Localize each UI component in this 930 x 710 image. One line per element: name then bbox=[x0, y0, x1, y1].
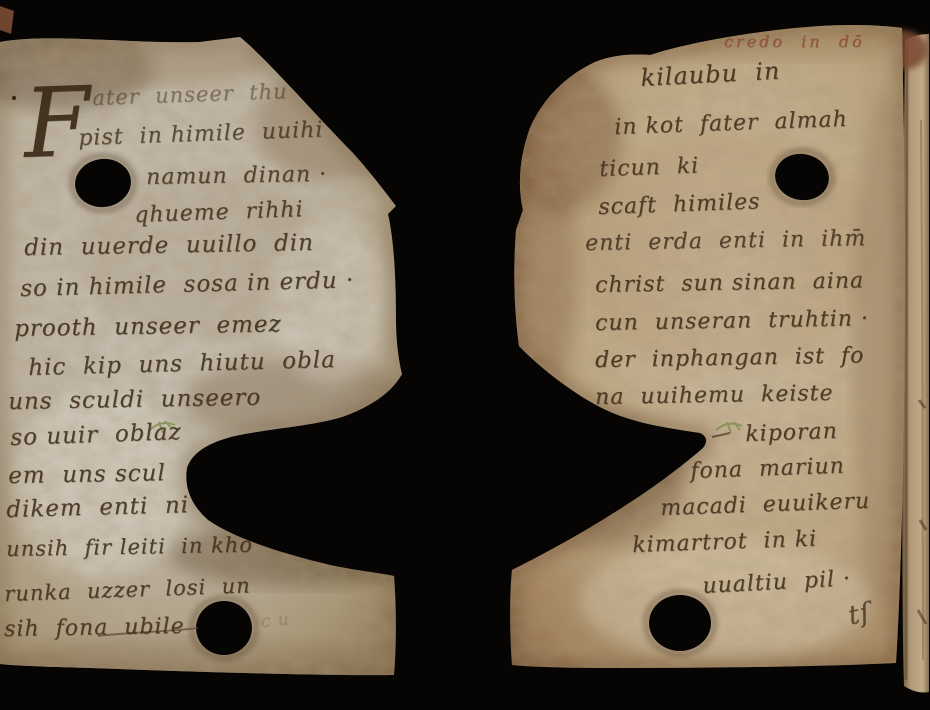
left-page-line-2: pist in himile uuihi bbox=[78, 119, 324, 150]
left-page-line-3: namun dinan · bbox=[146, 164, 327, 189]
right-page-line-14: uualtiu pil · bbox=[702, 568, 852, 598]
left-page-line-9: uns sculdi unseero bbox=[8, 387, 261, 414]
right-page-line-7: cun unseran truhtin · bbox=[595, 308, 869, 335]
left-page-line-11: em uns scul bbox=[8, 462, 166, 488]
right-page-line-3: ticun ki bbox=[599, 156, 700, 181]
left-page-line-15: sih fona ubile bbox=[4, 616, 185, 641]
left-page-initial-F: F bbox=[22, 74, 93, 172]
left-page-line-7: prooth unseer emez bbox=[14, 313, 282, 341]
right-page-line-11: fona mariun bbox=[690, 456, 845, 483]
left-page-line-13: unsih fir leiti in kho bbox=[6, 535, 253, 560]
right-page-line-10: kiporan bbox=[745, 421, 838, 446]
manuscript-photo: F ater unseer thu pist in himile uuihi n… bbox=[0, 0, 930, 710]
left-page-line-6: so in himile sosa in erdu · bbox=[20, 269, 355, 301]
right-page-line-4: scaft himiles bbox=[598, 191, 761, 219]
left-page-line-8: hic kip uns hiutu obla bbox=[28, 349, 336, 380]
right-page-line-12: macadi euuikeru bbox=[660, 491, 871, 520]
left-page-line-14: runka uzzer losi un bbox=[4, 575, 251, 605]
left-page-line-10: so uuir oblaz bbox=[10, 421, 182, 450]
right-page-line-1: kilaubu in bbox=[640, 59, 781, 90]
manuscript-text-layer: F ater unseer thu pist in himile uuihi n… bbox=[0, 0, 930, 710]
left-page-faint-mark: c u bbox=[260, 611, 290, 631]
right-page-line-13: kimartrot in ki bbox=[632, 529, 818, 557]
left-page-line-4: qhueme rihhi bbox=[134, 199, 304, 227]
right-page-line-6: christ sun sinan aina bbox=[595, 270, 864, 297]
left-page-line-1: ater unseer thu bbox=[92, 81, 288, 109]
right-page-line-5: enti erda enti in ihm̄ bbox=[585, 228, 866, 255]
left-page-line-12: dikem enti ni bbox=[6, 494, 189, 522]
right-page-flourish: tſ bbox=[846, 599, 873, 629]
right-page-line-8: der inphangan ist fo bbox=[595, 345, 865, 372]
right-page-rubric: credo in dō bbox=[724, 34, 865, 50]
left-page-line-5: din uuerde uuillo din bbox=[24, 232, 314, 260]
right-page-line-2: in kot fater almah bbox=[614, 109, 848, 139]
right-page-line-9: na uuihemu keiste bbox=[595, 383, 834, 409]
